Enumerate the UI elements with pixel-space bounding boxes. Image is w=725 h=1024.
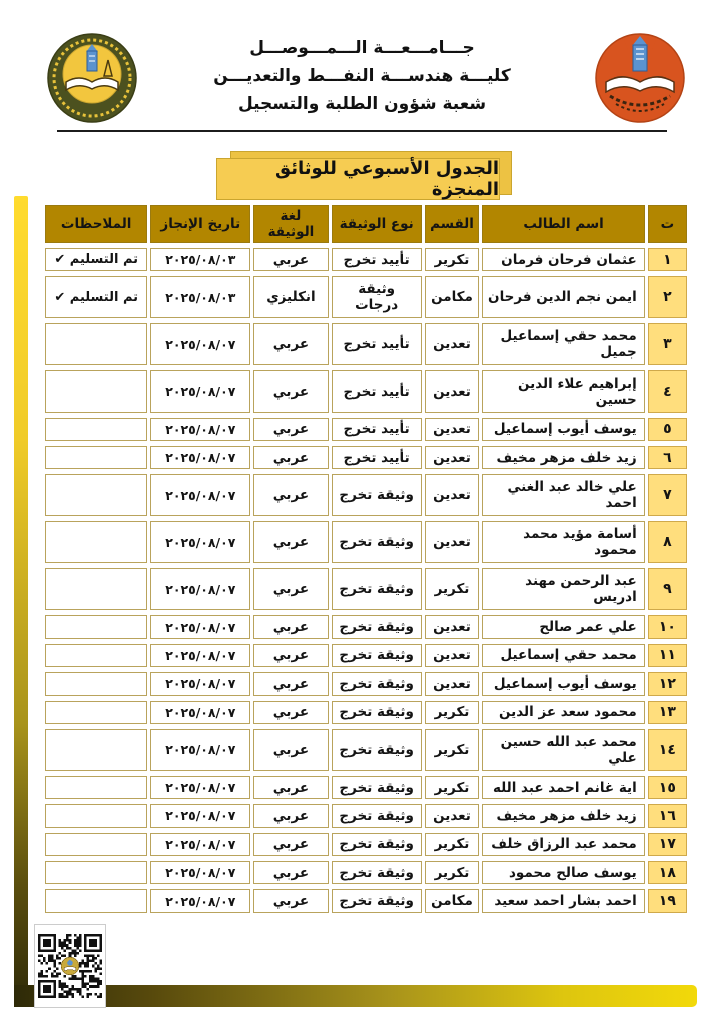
- cell-language: عربي: [253, 701, 329, 724]
- cell-name: يوسف أيوب إسماعيل: [482, 418, 644, 441]
- cell-dept: تعدين: [425, 474, 480, 516]
- col-header-language: لغة الوثيقة: [253, 205, 329, 243]
- table-row: ٤ إبراهيم علاء الدين حسين تعدين تأييد تخ…: [45, 370, 687, 412]
- table-row: ١٨ يوسف صالح محمود تكرير وثيقة تخرج عربي…: [45, 861, 687, 884]
- cell-name: عثمان فرحان فرمان: [482, 248, 644, 271]
- cell-notes: [45, 418, 147, 441]
- cell-date: ٢٠٢٥/٠٨/٠٧: [150, 418, 250, 441]
- cell-date: ٢٠٢٥/٠٨/٠٧: [150, 568, 250, 610]
- cell-doctype: وثيقة تخرج: [332, 672, 422, 695]
- cell-serial: ٣: [648, 323, 687, 365]
- cell-name: علي خالد عبد الغني احمد: [482, 474, 644, 516]
- cell-name: محمد عبد الرزاق خلف: [482, 833, 644, 856]
- cell-dept: تعدين: [425, 446, 480, 469]
- cell-name: أسامة مؤيد محمد محمود: [482, 521, 644, 563]
- cell-serial: ٤: [648, 370, 687, 412]
- cell-name: يوسف صالح محمود: [482, 861, 644, 884]
- cell-doctype: وثيقة تخرج: [332, 701, 422, 724]
- cell-name: محمد حقي إسماعيل: [482, 644, 644, 667]
- cell-notes: [45, 889, 147, 913]
- cell-name: عبد الرحمن مهند ادريس: [482, 568, 644, 610]
- cell-doctype: وثيقة تخرج: [332, 804, 422, 827]
- cell-notes: [45, 615, 147, 638]
- table-row: ١٩ احمد بشار احمد سعيد مكامن وثيقة تخرج …: [45, 889, 687, 913]
- col-header-notes: الملاحظات: [45, 205, 147, 243]
- cell-date: ٢٠٢٥/٠٨/٠٧: [150, 729, 250, 771]
- cell-language: عربي: [253, 804, 329, 827]
- cell-language: عربي: [253, 323, 329, 365]
- cell-date: ٢٠٢٥/٠٨/٠٣: [150, 276, 250, 318]
- cell-name: يوسف أيوب إسماعيل: [482, 672, 644, 695]
- cell-name: محمد حقي إسماعيل جميل: [482, 323, 644, 365]
- cell-doctype: وثيقة تخرج: [332, 889, 422, 913]
- cell-dept: تعدين: [425, 521, 480, 563]
- table-row: ٥ يوسف أيوب إسماعيل تعدين تأييد تخرج عرب…: [45, 418, 687, 441]
- cell-doctype: تأييد تخرج: [332, 370, 422, 412]
- table-row: ١ عثمان فرحان فرمان تكرير تأييد تخرج عرب…: [45, 248, 687, 271]
- cell-language: عربي: [253, 418, 329, 441]
- cell-serial: ٧: [648, 474, 687, 516]
- table-row: ١٣ محمود سعد عز الدين تكرير وثيقة تخرج ع…: [45, 701, 687, 724]
- cell-dept: تكرير: [425, 729, 480, 771]
- cell-date: ٢٠٢٥/٠٨/٠٧: [150, 889, 250, 913]
- col-header-date: تاريخ الإنجاز: [150, 205, 250, 243]
- university-name: جـــامـــعـــة الـــمـــوصـــل: [182, 34, 542, 62]
- cell-doctype: وثيقة تخرج: [332, 776, 422, 799]
- cell-name: اية غانم احمد عبد الله: [482, 776, 644, 799]
- table-row: ٧ علي خالد عبد الغني احمد تعدين وثيقة تخ…: [45, 474, 687, 516]
- cell-date: ٢٠٢٥/٠٨/٠٧: [150, 370, 250, 412]
- cell-serial: ١٤: [648, 729, 687, 771]
- cell-dept: تعدين: [425, 672, 480, 695]
- cell-dept: تعدين: [425, 418, 480, 441]
- document-page: جـــامـــعـــة الـــمـــوصـــل كليـــة ه…: [0, 0, 725, 1024]
- cell-dept: تكرير: [425, 701, 480, 724]
- cell-notes: [45, 833, 147, 856]
- cell-doctype: وثيقة تخرج: [332, 474, 422, 516]
- college-of-petroleum-and-mining-seal-icon: [46, 30, 138, 124]
- table-row: ١٠ علي عمر صالح تعدين وثيقة تخرج عربي ٢٠…: [45, 615, 687, 638]
- cell-date: ٢٠٢٥/٠٨/٠٧: [150, 672, 250, 695]
- cell-notes: [45, 701, 147, 724]
- cell-serial: ١٧: [648, 833, 687, 856]
- cell-date: ٢٠٢٥/٠٨/٠٧: [150, 615, 250, 638]
- cell-dept: تعدين: [425, 323, 480, 365]
- table-row: ٢ ايمن نجم الدين فرحان مكامن وثيقة درجات…: [45, 276, 687, 318]
- cell-serial: ٦: [648, 446, 687, 469]
- cell-name: محمد عبد الله حسين علي: [482, 729, 644, 771]
- cell-name: ايمن نجم الدين فرحان: [482, 276, 644, 318]
- cell-language: انكليزي: [253, 276, 329, 318]
- table-header-row: ت اسم الطالب القسم نوع الوثيقة لغة الوثي…: [45, 205, 687, 243]
- cell-dept: تكرير: [425, 776, 480, 799]
- cell-doctype: وثيقة تخرج: [332, 615, 422, 638]
- cell-dept: تعدين: [425, 804, 480, 827]
- cell-date: ٢٠٢٥/٠٨/٠٧: [150, 521, 250, 563]
- cell-serial: ١٨: [648, 861, 687, 884]
- table-row: ١٧ محمد عبد الرزاق خلف تكرير وثيقة تخرج …: [45, 833, 687, 856]
- cell-serial: ١٦: [648, 804, 687, 827]
- cell-serial: ٩: [648, 568, 687, 610]
- table-row: ٦ زيد خلف مزهر مخيف تعدين تأييد تخرج عرب…: [45, 446, 687, 469]
- cell-language: عربي: [253, 370, 329, 412]
- cell-dept: تكرير: [425, 861, 480, 884]
- table-row: ١٥ اية غانم احمد عبد الله تكرير وثيقة تخ…: [45, 776, 687, 799]
- cell-name: إبراهيم علاء الدين حسين: [482, 370, 644, 412]
- cell-doctype: تأييد تخرج: [332, 323, 422, 365]
- letterhead: جـــامـــعـــة الـــمـــوصـــل كليـــة ه…: [182, 34, 542, 118]
- table-row: ١٦ زيد خلف مزهر مخيف تعدين وثيقة تخرج عر…: [45, 804, 687, 827]
- cell-notes: [45, 370, 147, 412]
- cell-name: محمود سعد عز الدين: [482, 701, 644, 724]
- cell-dept: تكرير: [425, 833, 480, 856]
- cell-notes: [45, 776, 147, 799]
- col-header-serial: ت: [648, 205, 687, 243]
- cell-language: عربي: [253, 568, 329, 610]
- table-row: ١٢ يوسف أيوب إسماعيل تعدين وثيقة تخرج عر…: [45, 672, 687, 695]
- table-row: ٨ أسامة مؤيد محمد محمود تعدين وثيقة تخرج…: [45, 521, 687, 563]
- table-row: ١١ محمد حقي إسماعيل تعدين وثيقة تخرج عرب…: [45, 644, 687, 667]
- cell-doctype: وثيقة تخرج: [332, 644, 422, 667]
- division-name: شعبة شؤون الطلبة والتسجيل: [182, 90, 542, 118]
- cell-serial: ١٩: [648, 889, 687, 913]
- cell-date: ٢٠٢٥/٠٨/٠٧: [150, 644, 250, 667]
- cell-dept: تعدين: [425, 644, 480, 667]
- cell-date: ٢٠٢٥/٠٨/٠٧: [150, 323, 250, 365]
- cell-language: عربي: [253, 861, 329, 884]
- cell-serial: ٢: [648, 276, 687, 318]
- cell-notes: [45, 446, 147, 469]
- cell-dept: مكامن: [425, 276, 480, 318]
- cell-language: عربي: [253, 729, 329, 771]
- cell-language: عربي: [253, 446, 329, 469]
- cell-doctype: وثيقة تخرج: [332, 861, 422, 884]
- cell-notes: تم التسليم ✔: [45, 276, 147, 318]
- col-header-name: اسم الطالب: [482, 205, 644, 243]
- cell-date: ٢٠٢٥/٠٨/٠٧: [150, 861, 250, 884]
- cell-date: ٢٠٢٥/٠٨/٠٧: [150, 776, 250, 799]
- cell-language: عربي: [253, 776, 329, 799]
- cell-date: ٢٠٢٥/٠٨/٠٧: [150, 833, 250, 856]
- college-name: كليـــة هندســـة النفـــط والتعديـــن: [182, 62, 542, 90]
- cell-dept: تكرير: [425, 248, 480, 271]
- col-header-dept: القسم: [425, 205, 480, 243]
- cell-language: عربي: [253, 672, 329, 695]
- table-row: ٩ عبد الرحمن مهند ادريس تكرير وثيقة تخرج…: [45, 568, 687, 610]
- cell-notes: [45, 672, 147, 695]
- table-row: ٣ محمد حقي إسماعيل جميل تعدين تأييد تخرج…: [45, 323, 687, 365]
- cell-doctype: تأييد تخرج: [332, 248, 422, 271]
- cell-notes: [45, 568, 147, 610]
- qr-code-icon: [34, 924, 106, 1008]
- divider-line: [57, 130, 667, 132]
- cell-date: ٢٠٢٥/٠٨/٠٣: [150, 248, 250, 271]
- cell-notes: [45, 729, 147, 771]
- documents-table: ت اسم الطالب القسم نوع الوثيقة لغة الوثي…: [42, 200, 690, 918]
- cell-date: ٢٠٢٥/٠٨/٠٧: [150, 474, 250, 516]
- cell-notes: [45, 521, 147, 563]
- cell-language: عربي: [253, 248, 329, 271]
- cell-date: ٢٠٢٥/٠٨/٠٧: [150, 446, 250, 469]
- cell-dept: تكرير: [425, 568, 480, 610]
- cell-language: عربي: [253, 474, 329, 516]
- cell-serial: ١١: [648, 644, 687, 667]
- cell-name: زيد خلف مزهر مخيف: [482, 446, 644, 469]
- left-accent-bar: [14, 196, 28, 1007]
- cell-serial: ١٠: [648, 615, 687, 638]
- cell-serial: ٥: [648, 418, 687, 441]
- cell-dept: تعدين: [425, 370, 480, 412]
- cell-serial: ٨: [648, 521, 687, 563]
- cell-notes: [45, 804, 147, 827]
- cell-serial: ١٥: [648, 776, 687, 799]
- cell-dept: مكامن: [425, 889, 480, 913]
- cell-language: عربي: [253, 521, 329, 563]
- cell-doctype: وثيقة تخرج: [332, 833, 422, 856]
- table-row: ١٤ محمد عبد الله حسين علي تكرير وثيقة تخ…: [45, 729, 687, 771]
- cell-name: علي عمر صالح: [482, 615, 644, 638]
- cell-doctype: تأييد تخرج: [332, 446, 422, 469]
- university-of-mosul-seal-icon: [594, 30, 686, 124]
- col-header-doctype: نوع الوثيقة: [332, 205, 422, 243]
- cell-notes: تم التسليم ✔: [45, 248, 147, 271]
- cell-dept: تعدين: [425, 615, 480, 638]
- cell-doctype: وثيقة درجات: [332, 276, 422, 318]
- cell-serial: ١: [648, 248, 687, 271]
- cell-doctype: وثيقة تخرج: [332, 568, 422, 610]
- bottom-accent-bar: [14, 985, 697, 1007]
- cell-notes: [45, 474, 147, 516]
- cell-date: ٢٠٢٥/٠٨/٠٧: [150, 701, 250, 724]
- cell-notes: [45, 861, 147, 884]
- cell-doctype: وثيقة تخرج: [332, 521, 422, 563]
- cell-language: عربي: [253, 889, 329, 913]
- cell-name: زيد خلف مزهر مخيف: [482, 804, 644, 827]
- cell-language: عربي: [253, 644, 329, 667]
- cell-notes: [45, 644, 147, 667]
- cell-language: عربي: [253, 615, 329, 638]
- cell-date: ٢٠٢٥/٠٨/٠٧: [150, 804, 250, 827]
- cell-notes: [45, 323, 147, 365]
- cell-language: عربي: [253, 833, 329, 856]
- cell-doctype: تأييد تخرج: [332, 418, 422, 441]
- page-title: الجدول الأسبوعي للوثائق المنجزة: [216, 158, 500, 200]
- cell-serial: ١٢: [648, 672, 687, 695]
- cell-name: احمد بشار احمد سعيد: [482, 889, 644, 913]
- cell-serial: ١٣: [648, 701, 687, 724]
- cell-doctype: وثيقة تخرج: [332, 729, 422, 771]
